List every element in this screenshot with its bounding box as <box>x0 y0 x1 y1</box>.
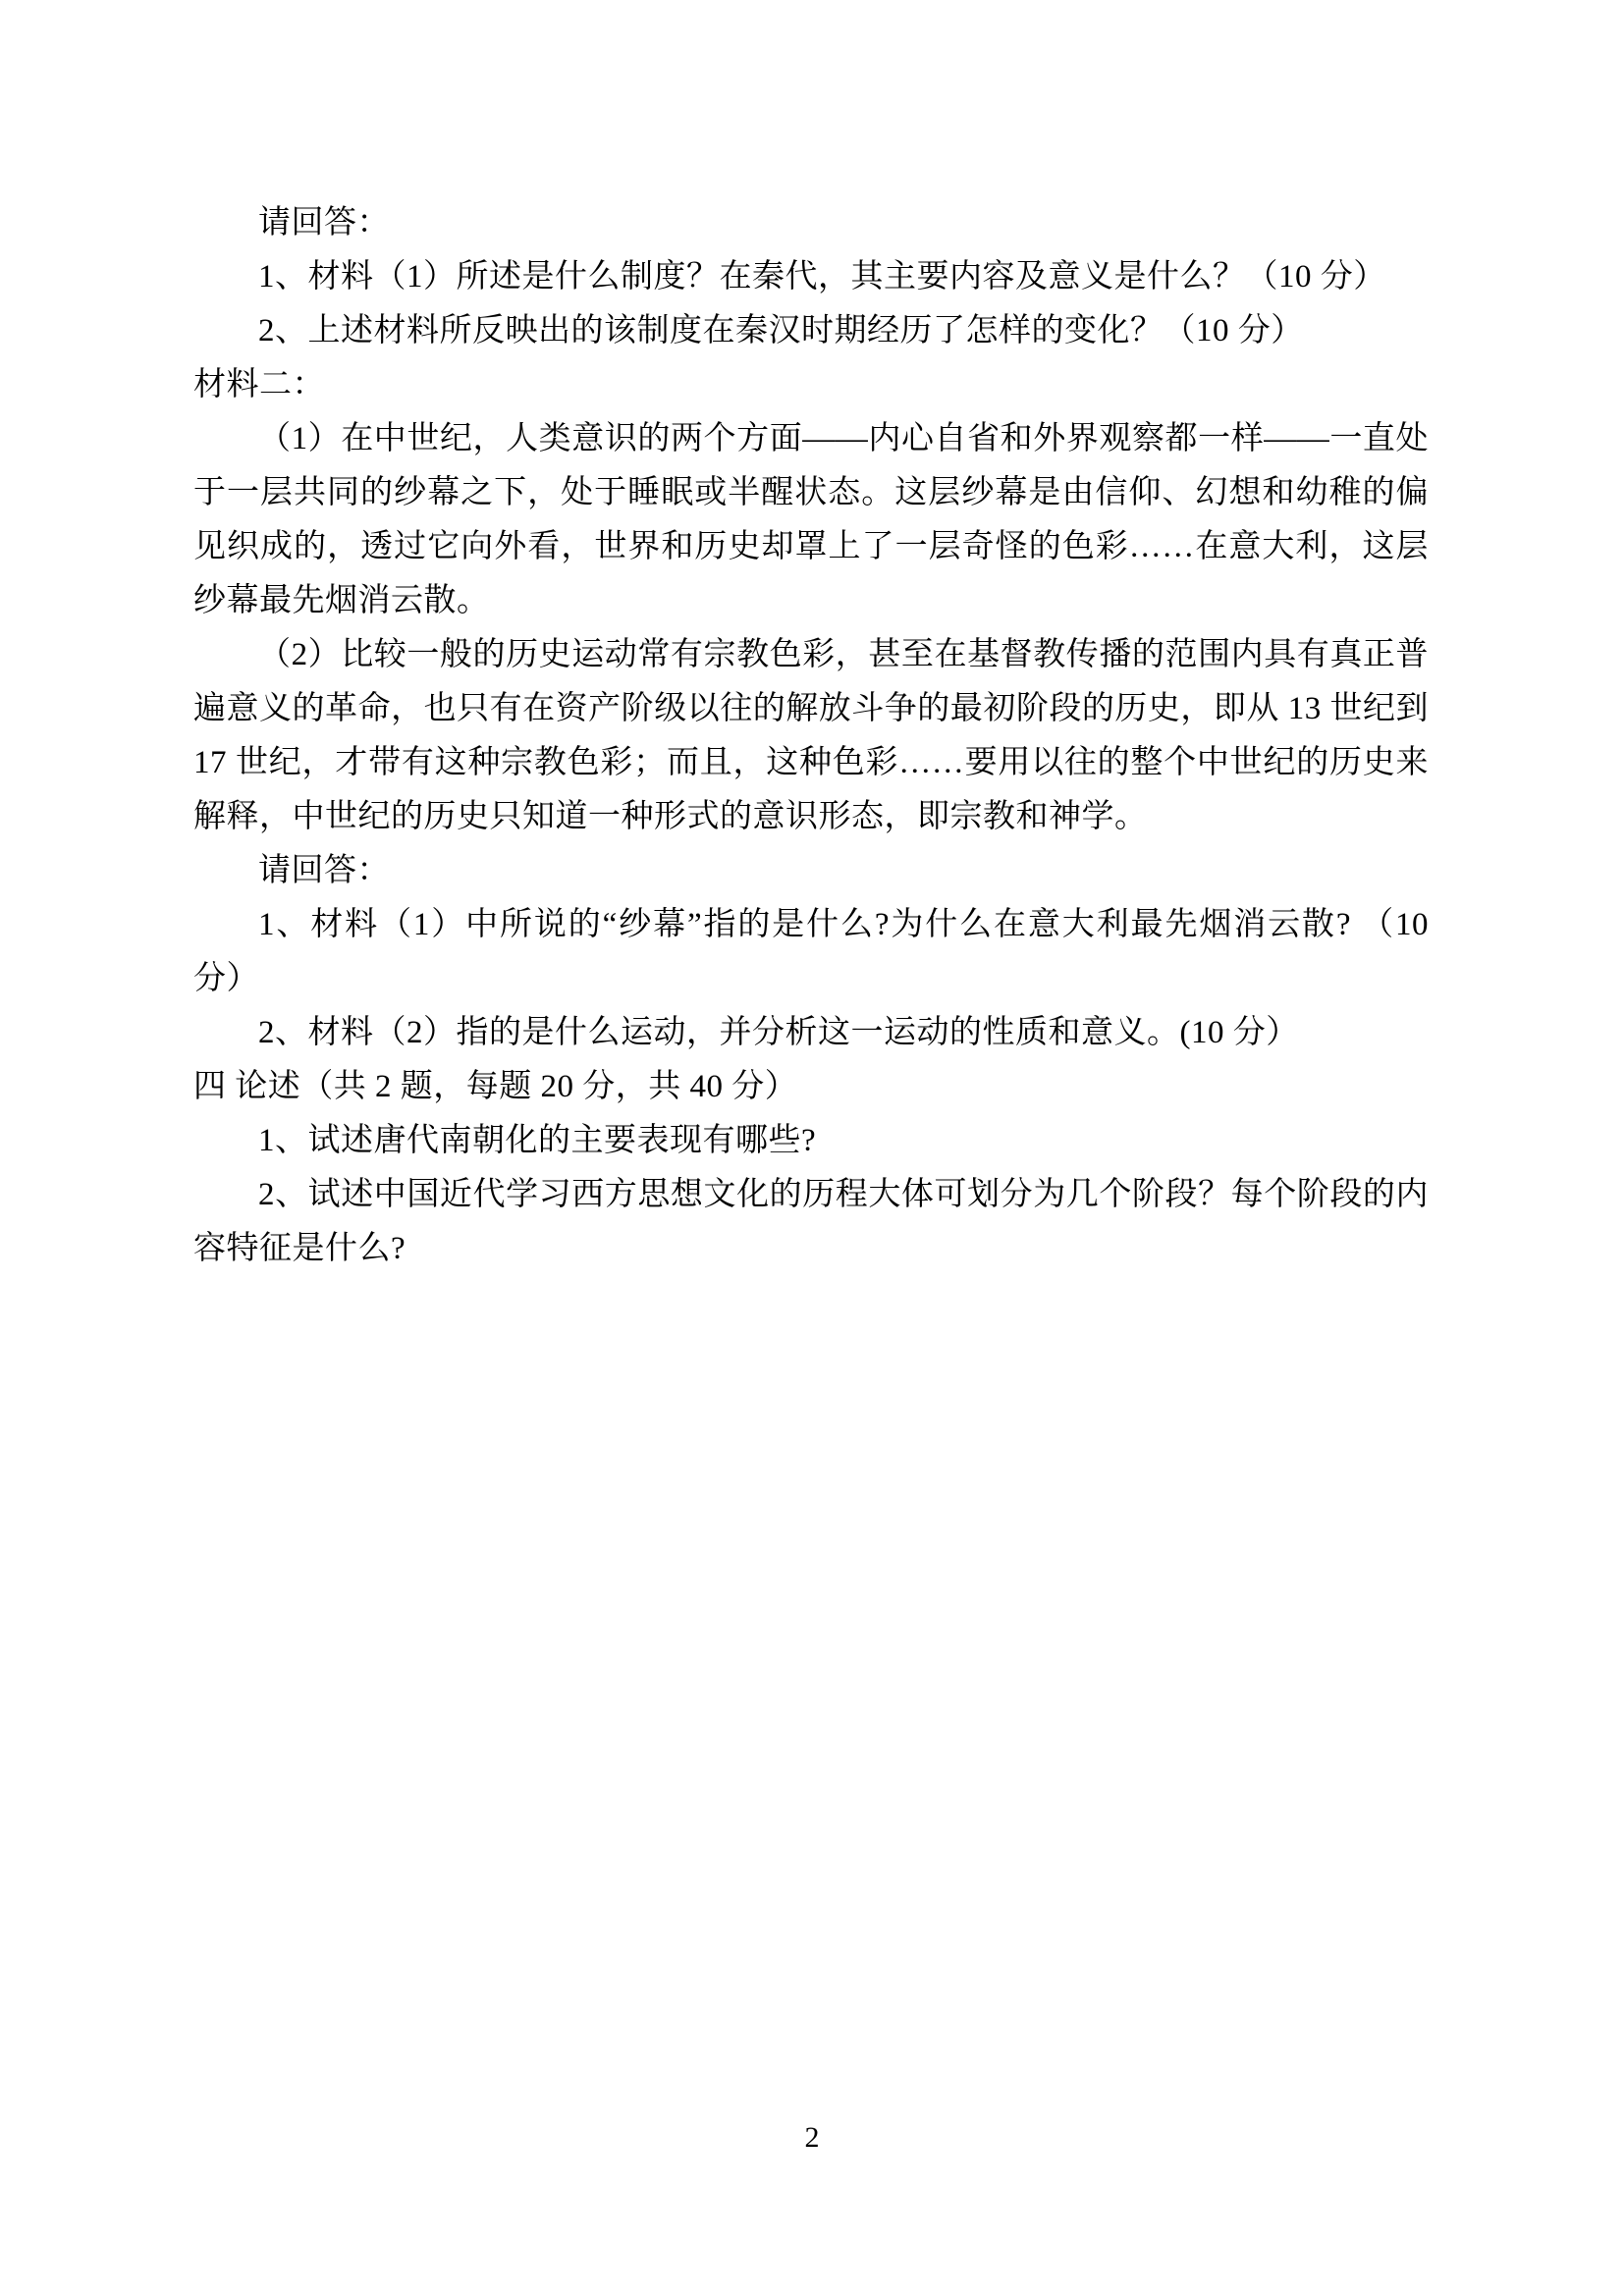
page-number: 2 <box>0 2120 1624 2156</box>
essay-question-2: 2、试述中国近代学习西方思想文化的历程大体可划分为几个阶段？每个阶段的内容特征是… <box>193 1168 1429 1276</box>
material-two-heading: 材料二： <box>193 358 1429 412</box>
section-four-heading: 四 论述（共 2 题，每题 20 分，共 40 分） <box>193 1060 1429 1114</box>
question-3: 1、材料（1）中所说的“纱幕”指的是什么?为什么在意大利最先烟消云散? （10 … <box>193 898 1429 1006</box>
document-body: 请回答： 1、材料（1）所述是什么制度？在秦代，其主要内容及意义是什么？（10 … <box>193 196 1429 1276</box>
question-4: 2、材料（2）指的是什么运动，并分析这一运动的性质和意义。(10 分） <box>193 1006 1429 1060</box>
material-two-passage-1: （1）在中世纪，人类意识的两个方面——内心自省和外界观察都一样——一直处于一层共… <box>193 412 1429 628</box>
question-2: 2、上述材料所反映出的该制度在秦汉时期经历了怎样的变化？（10 分） <box>193 304 1429 358</box>
question-1: 1、材料（1）所述是什么制度？在秦代，其主要内容及意义是什么？（10 分） <box>193 250 1429 304</box>
document-page: 请回答： 1、材料（1）所述是什么制度？在秦代，其主要内容及意义是什么？（10 … <box>0 0 1624 2296</box>
essay-question-1: 1、试述唐代南朝化的主要表现有哪些? <box>193 1114 1429 1168</box>
answer-prompt-1: 请回答： <box>193 196 1429 250</box>
material-two-passage-2: （2）比较一般的历史运动常有宗教色彩，甚至在基督教传播的范围内具有真正普遍意义的… <box>193 628 1429 844</box>
answer-prompt-2: 请回答： <box>193 844 1429 898</box>
